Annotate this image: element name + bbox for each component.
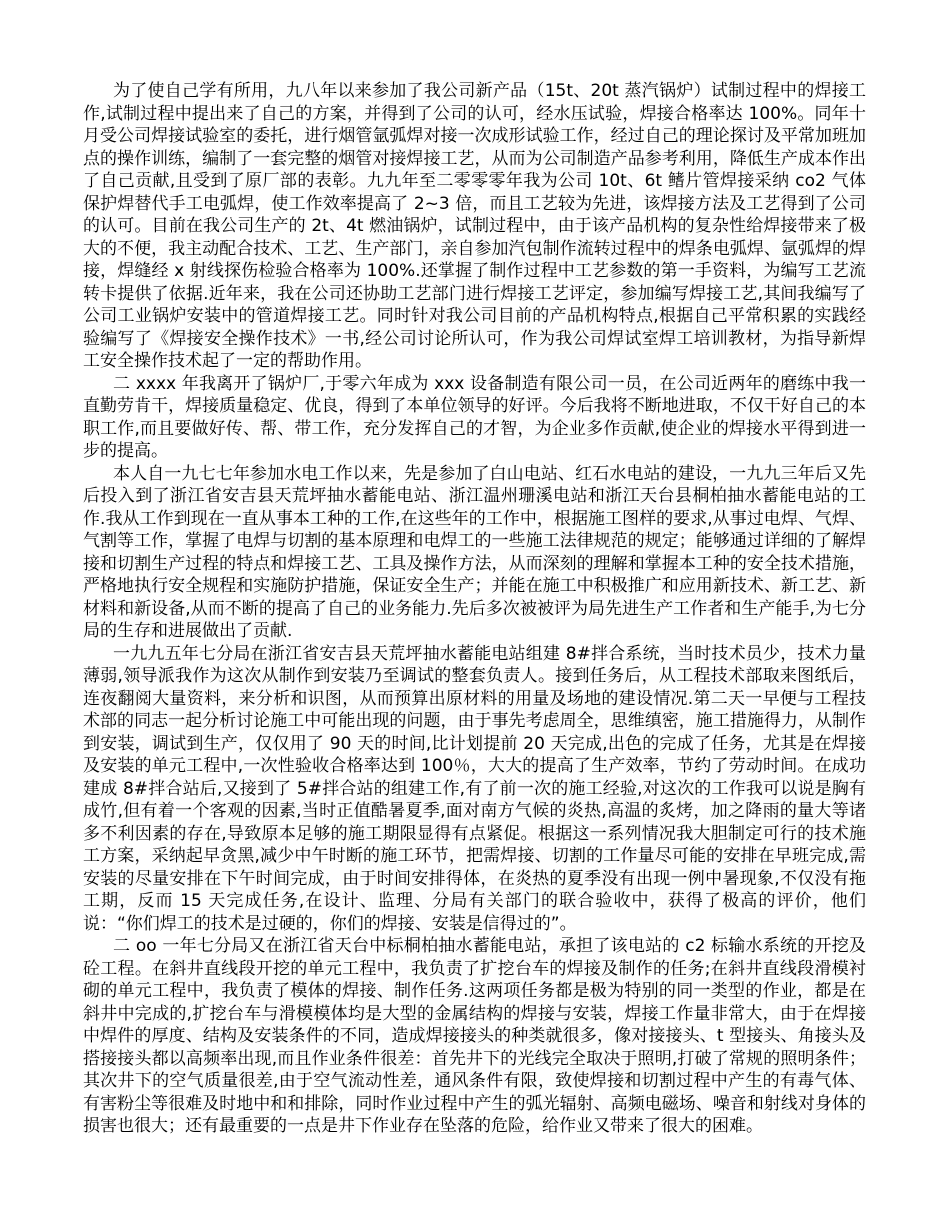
paragraph: 一九九五年七分局在浙江省安吉县天荒坪抽水蓄能电站组建 8#拌合系统，当时技术员少… [83, 643, 866, 936]
paragraph: 本人自一九七七年参加水电工作以来，先是参加了白山电站、红石水电站的建设，一九九三… [83, 463, 866, 643]
paragraph: 二 oo 一年七分局又在浙江省天台中标桐柏抽水蓄能电站，承担了该电站的 c2 标… [83, 935, 866, 1138]
paragraph: 二 xxxx 年我离开了锅炉厂,于零六年成为 xxx 设备制造有限公司一员，在公… [83, 373, 866, 463]
paragraph: 为了使自己学有所用，九八年以来参加了我公司新产品（15t、20t 蒸汽锅炉）试制… [83, 80, 866, 373]
document-page: 为了使自己学有所用，九八年以来参加了我公司新产品（15t、20t 蒸汽锅炉）试制… [0, 0, 950, 1230]
